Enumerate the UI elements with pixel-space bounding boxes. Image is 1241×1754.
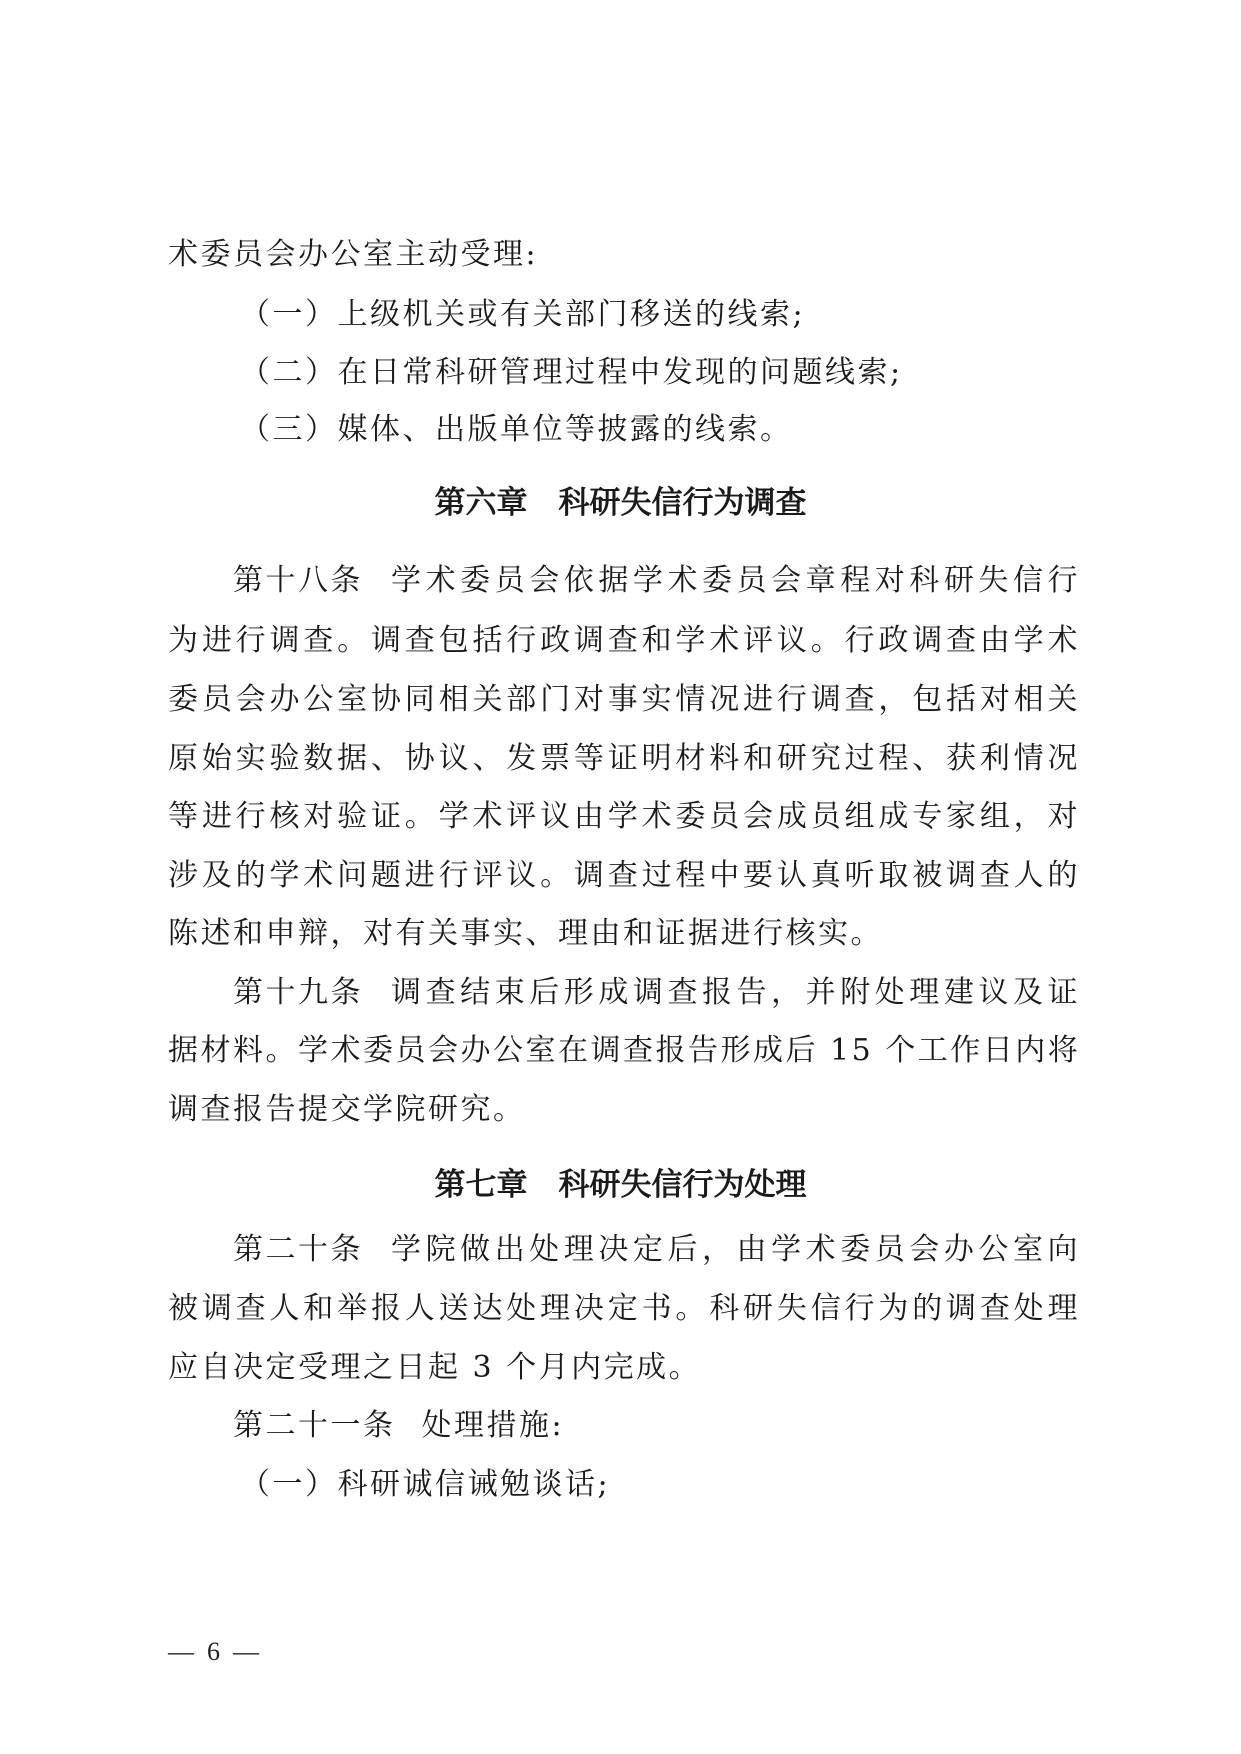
article-19-first-line: 第十九条调查结束后形成调查报告，并附处理建议及证 [233,973,1080,1013]
article-line: 被调查人和举报人送达处理决定书。科研失信行为的调查处理 [168,1289,1080,1329]
article-line: 委员会办公室协同相关部门对事实情况进行调查，包括对相关 [168,680,1080,720]
chapter-heading: 第七章 科研失信行为处理 [0,1165,1241,1205]
article-label: 第二十一条 [233,1406,396,1446]
list-item: （二）在日常科研管理过程中发现的问题线索; [240,353,1080,393]
list-item: （三）媒体、出版单位等披露的线索。 [240,410,1080,450]
chapter-heading: 第六章 科研失信行为调查 [0,483,1241,523]
paragraph-continuation: 术委员会办公室主动受理: [168,235,1080,275]
article-20-first-line: 第二十条学院做出处理决定后，由学术委员会办公室向 [233,1230,1080,1270]
article-text: 学术委员会依据学术委员会章程对科研失信行 [389,563,1080,598]
article-18-first-line: 第十八条学术委员会依据学术委员会章程对科研失信行 [233,561,1080,601]
article-text: 调查结束后形成调查报告，并附处理建议及证 [389,975,1080,1010]
article-line: 应自决定受理之日起 3 个月内完成。 [168,1348,1080,1388]
article-21-first-line: 第二十一条处理措施: [233,1406,1080,1446]
list-item: （一）科研诚信诫勉谈话; [240,1465,1080,1505]
article-line: 调查报告提交学院研究。 [168,1090,1080,1130]
article-line: 涉及的学术问题进行评议。调查过程中要认真听取被调查人的 [168,856,1080,896]
list-item: （一）上级机关或有关部门移送的线索; [240,295,1080,335]
article-label: 第二十条 [233,1230,363,1270]
article-line: 为进行调查。调查包括行政调查和学术评议。行政调查由学术 [168,621,1080,661]
page-number: — 6 — [168,1634,259,1670]
article-line: 据材料。学术委员会办公室在调查报告形成后 15 个工作日内将 [168,1031,1080,1071]
article-label: 第十九条 [233,973,363,1013]
article-text: 处理措施: [422,1408,565,1443]
article-line: 陈述和申辩，对有关事实、理由和证据进行核实。 [168,914,1080,954]
document-page: 术委员会办公室主动受理: （一）上级机关或有关部门移送的线索; （二）在日常科研… [0,0,1241,1754]
article-line: 原始实验数据、协议、发票等证明材料和研究过程、获利情况 [168,739,1080,779]
article-label: 第十八条 [233,561,363,601]
article-text: 学院做出处理决定后，由学术委员会办公室向 [389,1232,1080,1267]
article-line: 等进行核对验证。学术评议由学术委员会成员组成专家组，对 [168,797,1080,837]
